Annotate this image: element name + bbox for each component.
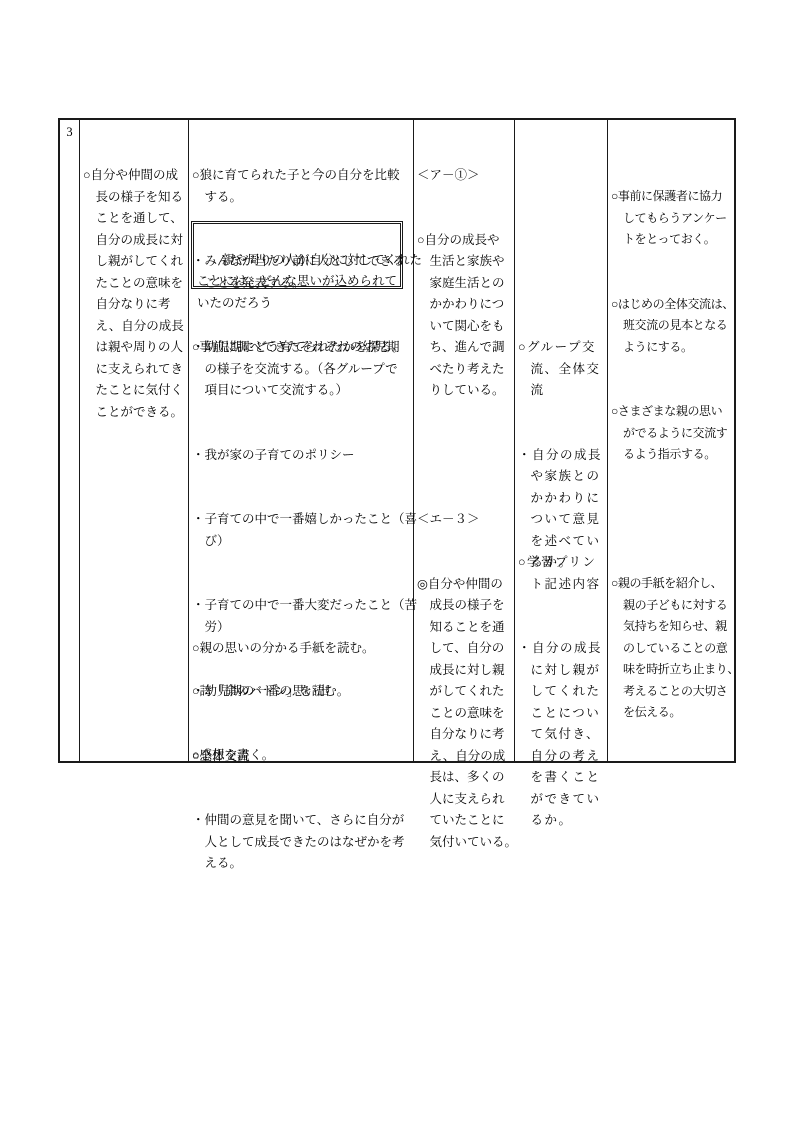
activity-reflect-growth: ・仲間の意見を聞いて、さらに自分が 人として成長できたのはなぜかを考 える。 <box>192 810 412 875</box>
support-various-thoughts: ○さまざまな親の思い がでるように交流す るよう指示する。 <box>611 401 733 466</box>
method-learning-print: ○学習プリン ト記述内容 <box>518 552 606 595</box>
period-number: 3 <box>60 122 79 144</box>
objective-text: ○自分や仲間の成 長の様子を知る ことを通して、 自分の成長に対 し親がしてくれ… <box>83 165 187 423</box>
activity-write-impression: ○感想を書く。 <box>192 745 412 767</box>
activity-compare-wolf: ○狼に育てられた子と今の自分を比較 する。 <box>192 165 412 208</box>
period-cell: 3 <box>60 120 80 761</box>
objectives-cell: ○自分や仲間の成 長の様子を知る ことを通して、 自分の成長に対 し親がしてくれ… <box>80 120 189 761</box>
lesson-plan-table: 3 ○自分や仲間の成 長の様子を知る ことを通して、 自分の成長に対 し親がして… <box>58 118 736 763</box>
document-page: 3 ○自分や仲間の成 長の様子を知る ことを通して、 自分の成長に対 し親がして… <box>0 0 794 1123</box>
assessment-criteria-cell: ＜ア－①＞ ○自分の成長や 生活と家族や 家庭生活との かかわりにつ いて関心を… <box>414 120 515 761</box>
criteria-label-a1: ＜ア－①＞ <box>417 165 513 187</box>
method-writing-check: ・自分の成長 に対し親が してくれた ことについ て気付き、 自分の考え を書く… <box>518 638 606 832</box>
teacher-support-cell: ○事前に保護者に協力 してもらうアンケー トをとっておく。 ○はじめの全体交流は… <box>608 120 734 761</box>
activity-read-poem: ○詩「命のバトン」を読む。 <box>192 681 412 703</box>
support-questionnaire: ○事前に保護者に協力 してもらうアンケー トをとっておく。 <box>611 186 733 251</box>
criteria-block-1: ＜ア－①＞ ○自分の成長や 生活と家族や 家庭生活との かかわりにつ いて関心を… <box>414 122 514 445</box>
activity-item-joy: ・子育ての中で一番嬉しかったこと（喜 び） <box>192 509 412 552</box>
support-block-letter: ○親の手紙を紹介し、 親の子どもに対する 気持ちを知らせ、親 のしていることの意… <box>608 530 734 767</box>
activity-item-policy: ・我が家の子育てのポリシー <box>192 445 412 467</box>
criteria-body-a1: ○自分の成長や 生活と家族や 家庭生活との かかわりにつ いて関心をも ち、進ん… <box>417 230 513 402</box>
assessment-method-cell: ○グループ交 流、全体交 流 ・自分の成長 や家族との かかわりに ついて意見 … <box>515 120 608 761</box>
focus-question-box: 親や周りの人が自分に対してくれた ことには、どんな思いが込められて いたのだろう <box>191 221 403 289</box>
criteria-label-e3: ＜エ－３＞ <box>417 509 513 531</box>
criteria-block-2: ＜エ－３＞ ◎自分や仲間の 成長の様子を 知ることを通 して、自分の 成長に対し… <box>414 466 514 896</box>
criteria-body-e3: ◎自分や仲間の 成長の様子を 知ることを通 して、自分の 成長に対し親 がしてく… <box>417 574 513 854</box>
activities-cell: ○狼に育てられた子と今の自分を比較 する。 ・みんなが当たり前に人としてできる … <box>189 120 414 761</box>
method-block-print: ○学習プリン ト記述内容 ・自分の成長 に対し親が してくれた ことについ て気… <box>515 509 607 875</box>
support-introduce-letter: ○親の手紙を紹介し、 親の子どもに対する 気持ちを知らせ、親 のしていることの意… <box>611 573 733 724</box>
support-block-preparation: ○事前に保護者に協力 してもらうアンケー トをとっておく。 ○はじめの全体交流は… <box>608 143 734 509</box>
activity-exchange-infancy: ○事前に調べてきたそれぞれの幼児期 の様子を交流する。（各グループで 項目につい… <box>192 337 412 402</box>
method-group-exchange: ○グループ交 流、全体交 流 <box>518 337 606 402</box>
support-model-exchange: ○はじめの全体交流は、 班交流の見本となる ようにする。 <box>611 294 733 359</box>
